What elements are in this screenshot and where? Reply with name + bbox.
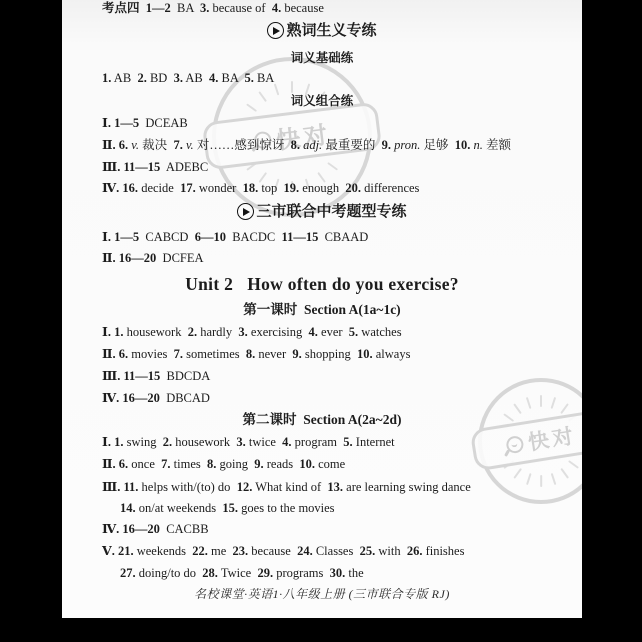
text-segment: never: [255, 347, 292, 361]
text-segment: 25.: [360, 544, 376, 558]
text-segment: 最重要的: [322, 138, 381, 152]
page: 快对 快对 考点四 1—2 BA 3. because of 4. becaus…: [62, 0, 582, 618]
text-segment: ever: [318, 325, 349, 339]
text-segment: CACBB: [160, 522, 209, 536]
text-segment: 3.: [236, 435, 245, 449]
text-segment: Ⅰ. 1—5: [102, 116, 139, 130]
text-segment: weekends: [134, 544, 193, 558]
text-segment: 7.: [161, 457, 170, 471]
text-segment: DBCAD: [160, 391, 210, 405]
text-segment: because of: [209, 1, 271, 15]
text-segment: 8.: [207, 457, 216, 471]
text-segment: 1—2: [140, 1, 171, 15]
header-sanshi-lianhe: 三市联合中考题型专练: [62, 203, 582, 221]
text-segment: 14.: [120, 501, 136, 515]
text-segment: Ⅲ. 11.: [102, 480, 138, 494]
text-segment: 5.: [244, 71, 253, 85]
line-zuhe-part4: Ⅳ. 16. decide 17. wonder 18. top 19. eno…: [102, 181, 578, 196]
text-segment: shopping: [302, 347, 357, 361]
text-segment: 8.: [291, 138, 300, 152]
text-segment: 第一课时 Section A(1a~1c): [243, 302, 400, 317]
text-segment: 26.: [407, 544, 423, 558]
text-segment: 3.: [200, 1, 209, 15]
play-triangle: [273, 27, 280, 35]
text-segment: 三市联合中考题型专练: [256, 203, 406, 221]
text-segment: Ⅱ. 16—20: [102, 251, 156, 265]
text-segment: Ⅱ. 6.: [102, 138, 128, 152]
text-segment: 5.: [349, 325, 358, 339]
text-segment: movies: [128, 347, 173, 361]
text-segment: 22.: [192, 544, 208, 558]
line-lesson2-part3b: 14. on/at weekends 15. goes to the movie…: [120, 501, 578, 516]
text-segment: 19.: [284, 181, 300, 195]
text-segment: BDCDA: [160, 369, 210, 383]
text-segment: on/at weekends: [136, 501, 223, 515]
text-segment: Twice: [218, 566, 258, 580]
text-segment: AB: [111, 71, 137, 85]
text-segment: 第二课时 Section A(2a~2d): [243, 412, 402, 427]
text-segment: Ⅰ. 1.: [102, 325, 123, 339]
text-segment: 27.: [120, 566, 136, 580]
text-segment: 4.: [282, 435, 291, 449]
text-segment: adj.: [303, 138, 322, 152]
text-segment: swing: [123, 435, 162, 449]
text-segment: housework: [123, 325, 187, 339]
text-segment: BA: [254, 71, 275, 85]
text-segment: hardly: [197, 325, 238, 339]
text-segment: v.: [131, 138, 139, 152]
text-segment: 4.: [309, 325, 318, 339]
text-segment: because: [281, 1, 324, 15]
text-segment: goes to the movies: [238, 501, 335, 515]
text-segment: 18.: [243, 181, 259, 195]
text-segment: 差额: [483, 138, 511, 152]
text-segment: 10.: [455, 138, 471, 152]
text-segment: 7.: [174, 347, 183, 361]
text-segment: 23.: [233, 544, 249, 558]
line-zuhe-part2: Ⅱ. 6. v. 裁决 7. v. 对……感到惊讶 8. adj. 最重要的 9…: [102, 138, 578, 153]
text-segment: BD: [147, 71, 174, 85]
text-segment: finishes: [422, 544, 464, 558]
line-lesson2-part5b: 27. doing/to do 28. Twice 29. programs 3…: [120, 566, 578, 581]
text-segment: 7.: [173, 138, 182, 152]
lesson1-title: 第一课时 Section A(1a~1c): [62, 302, 582, 318]
line-jichulian-answers: 1. AB 2. BD 3. AB 4. BA 5. BA: [102, 71, 578, 86]
text-segment: 考点四: [102, 1, 140, 15]
text-segment: times: [171, 457, 207, 471]
text-segment: 3.: [174, 71, 183, 85]
play-circle-icon: [267, 22, 284, 39]
text-segment: 24.: [297, 544, 313, 558]
text-segment: always: [373, 347, 411, 361]
text-segment: me: [208, 544, 233, 558]
text-segment: What kind of: [252, 480, 327, 494]
text-segment: housework: [172, 435, 236, 449]
text-segment: 4.: [209, 71, 218, 85]
line-lesson1-part3: Ⅲ. 11—15 BDCDA: [102, 369, 578, 384]
text-segment: 10.: [299, 457, 315, 471]
text-segment: DCEAB: [139, 116, 188, 130]
text-segment: Ⅳ. 16.: [102, 181, 138, 195]
text-segment: 2.: [163, 435, 172, 449]
text-segment: 30.: [330, 566, 346, 580]
text-segment: 2.: [137, 71, 146, 85]
text-segment: enough: [299, 181, 345, 195]
text-segment: 名校课堂·英语1·八年级上册 (三市联合专版 RJ): [194, 587, 450, 601]
text-segment: 17.: [180, 181, 196, 195]
text-segment: the: [345, 566, 363, 580]
text-segment: 6—10: [195, 230, 226, 244]
text-segment: BA: [171, 1, 200, 15]
text-segment: CABCD: [139, 230, 195, 244]
text-segment: Ⅲ. 11—15: [102, 160, 160, 174]
line-lesson2-part5a: Ⅴ. 21. weekends 22. me 23. because 24. C…: [102, 544, 578, 559]
text-segment: 3.: [238, 325, 247, 339]
text-segment: helps with/(to) do: [138, 480, 236, 494]
text-segment: 熟词生义专练: [286, 22, 376, 40]
text-segment: once: [128, 457, 161, 471]
text-segment: BA: [218, 71, 244, 85]
text-segment: Ⅳ. 16—20: [102, 522, 160, 536]
text-segment: differences: [361, 181, 419, 195]
text-segment: program: [292, 435, 344, 449]
play-triangle: [243, 208, 250, 216]
text-segment: Ⅱ. 6.: [102, 347, 128, 361]
text-segment: doing/to do: [136, 566, 203, 580]
text-segment: watches: [358, 325, 401, 339]
line-zuhe-part3: Ⅲ. 11—15 ADEBC: [102, 160, 578, 175]
text-segment: 词义基础练: [291, 51, 354, 65]
text-segment: twice: [246, 435, 282, 449]
line-lesson2-part2: Ⅱ. 6. once 7. times 8. going 9. reads 10…: [102, 457, 578, 472]
text-segment: 1.: [102, 71, 111, 85]
line-lesson1-part1: Ⅰ. 1. housework 2. hardly 3. exercising …: [102, 325, 578, 340]
unit2-title: Unit 2 How often do you exercise?: [62, 274, 582, 295]
line-kaodian-4: 考点四 1—2 BA 3. because of 4. because: [102, 1, 578, 16]
text-segment: Ⅰ. 1.: [102, 435, 123, 449]
text-segment: pron.: [394, 138, 420, 152]
text-segment: Internet: [353, 435, 395, 449]
text-segment: Classes: [313, 544, 360, 558]
text-segment: are learning swing dance: [343, 480, 471, 494]
header-ciyi-zuhelian: 词义组合练: [62, 94, 582, 109]
text-segment: DCFEA: [156, 251, 203, 265]
text-segment: 5.: [343, 435, 352, 449]
text-segment: BACDC: [226, 230, 282, 244]
text-segment: 9.: [292, 347, 301, 361]
text-segment: AB: [183, 71, 209, 85]
text-segment: 词义组合练: [291, 94, 354, 108]
line-lesson1-part4: Ⅳ. 16—20 DBCAD: [102, 391, 578, 406]
text-segment: programs: [273, 566, 330, 580]
text-segment: sometimes: [183, 347, 246, 361]
text-segment: n.: [474, 138, 483, 152]
header-shuci-shengyi: 熟词生义专练: [62, 22, 582, 40]
text-segment: v.: [186, 138, 194, 152]
line-lesson1-part2: Ⅱ. 6. movies 7. sometimes 8. never 9. sh…: [102, 347, 578, 362]
line-lesson2-part4: Ⅳ. 16—20 CACBB: [102, 522, 578, 537]
line-sanshi-part1: Ⅰ. 1—5 CABCD 6—10 BACDC 11—15 CBAAD: [102, 230, 578, 245]
text-segment: 4.: [272, 1, 281, 15]
text-segment: 足够: [420, 138, 454, 152]
text-segment: 11—15: [282, 230, 319, 244]
text-segment: 20.: [345, 181, 361, 195]
text-segment: 29.: [257, 566, 273, 580]
text-segment: exercising: [248, 325, 309, 339]
text-segment: 28.: [202, 566, 218, 580]
text-segment: 对……感到惊讶: [194, 138, 291, 152]
header-ciyi-jichulian: 词义基础练: [62, 51, 582, 66]
text-segment: 9.: [254, 457, 263, 471]
text-segment: Ⅴ. 21.: [102, 544, 134, 558]
text-segment: decide: [138, 181, 180, 195]
text-segment: Unit 2 How often do you exercise?: [185, 274, 459, 294]
text-segment: come: [315, 457, 345, 471]
doc-lines: 考点四 1—2 BA 3. because of 4. because熟词生义专…: [62, 0, 582, 618]
text-segment: Ⅳ. 16—20: [102, 391, 160, 405]
text-segment: wonder: [196, 181, 243, 195]
text-segment: top: [258, 181, 283, 195]
text-segment: 9.: [382, 138, 391, 152]
text-segment: 裁决: [139, 138, 173, 152]
lesson2-title: 第二课时 Section A(2a~2d): [62, 412, 582, 428]
text-segment: Ⅱ. 6.: [102, 457, 128, 471]
line-lesson2-part3a: Ⅲ. 11. helps with/(to) do 12. What kind …: [102, 480, 578, 495]
text-segment: ADEBC: [160, 160, 208, 174]
text-segment: because: [248, 544, 297, 558]
text-segment: 15.: [222, 501, 238, 515]
play-circle-icon: [237, 203, 254, 220]
line-zuhe-part1: Ⅰ. 1—5 DCEAB: [102, 116, 578, 131]
text-segment: 13.: [327, 480, 343, 494]
text-segment: 12.: [237, 480, 253, 494]
text-segment: 2.: [188, 325, 197, 339]
text-segment: CBAAD: [318, 230, 368, 244]
text-segment: Ⅲ. 11—15: [102, 369, 160, 383]
text-segment: with: [375, 544, 407, 558]
text-segment: 8.: [246, 347, 255, 361]
line-lesson2-part1: Ⅰ. 1. swing 2. housework 3. twice 4. pro…: [102, 435, 578, 450]
text-segment: reads: [264, 457, 300, 471]
text-segment: going: [216, 457, 254, 471]
text-segment: 10.: [357, 347, 373, 361]
page-footer: 名校课堂·英语1·八年级上册 (三市联合专版 RJ): [62, 587, 582, 601]
text-segment: Ⅰ. 1—5: [102, 230, 139, 244]
line-sanshi-part2: Ⅱ. 16—20 DCFEA: [102, 251, 578, 266]
